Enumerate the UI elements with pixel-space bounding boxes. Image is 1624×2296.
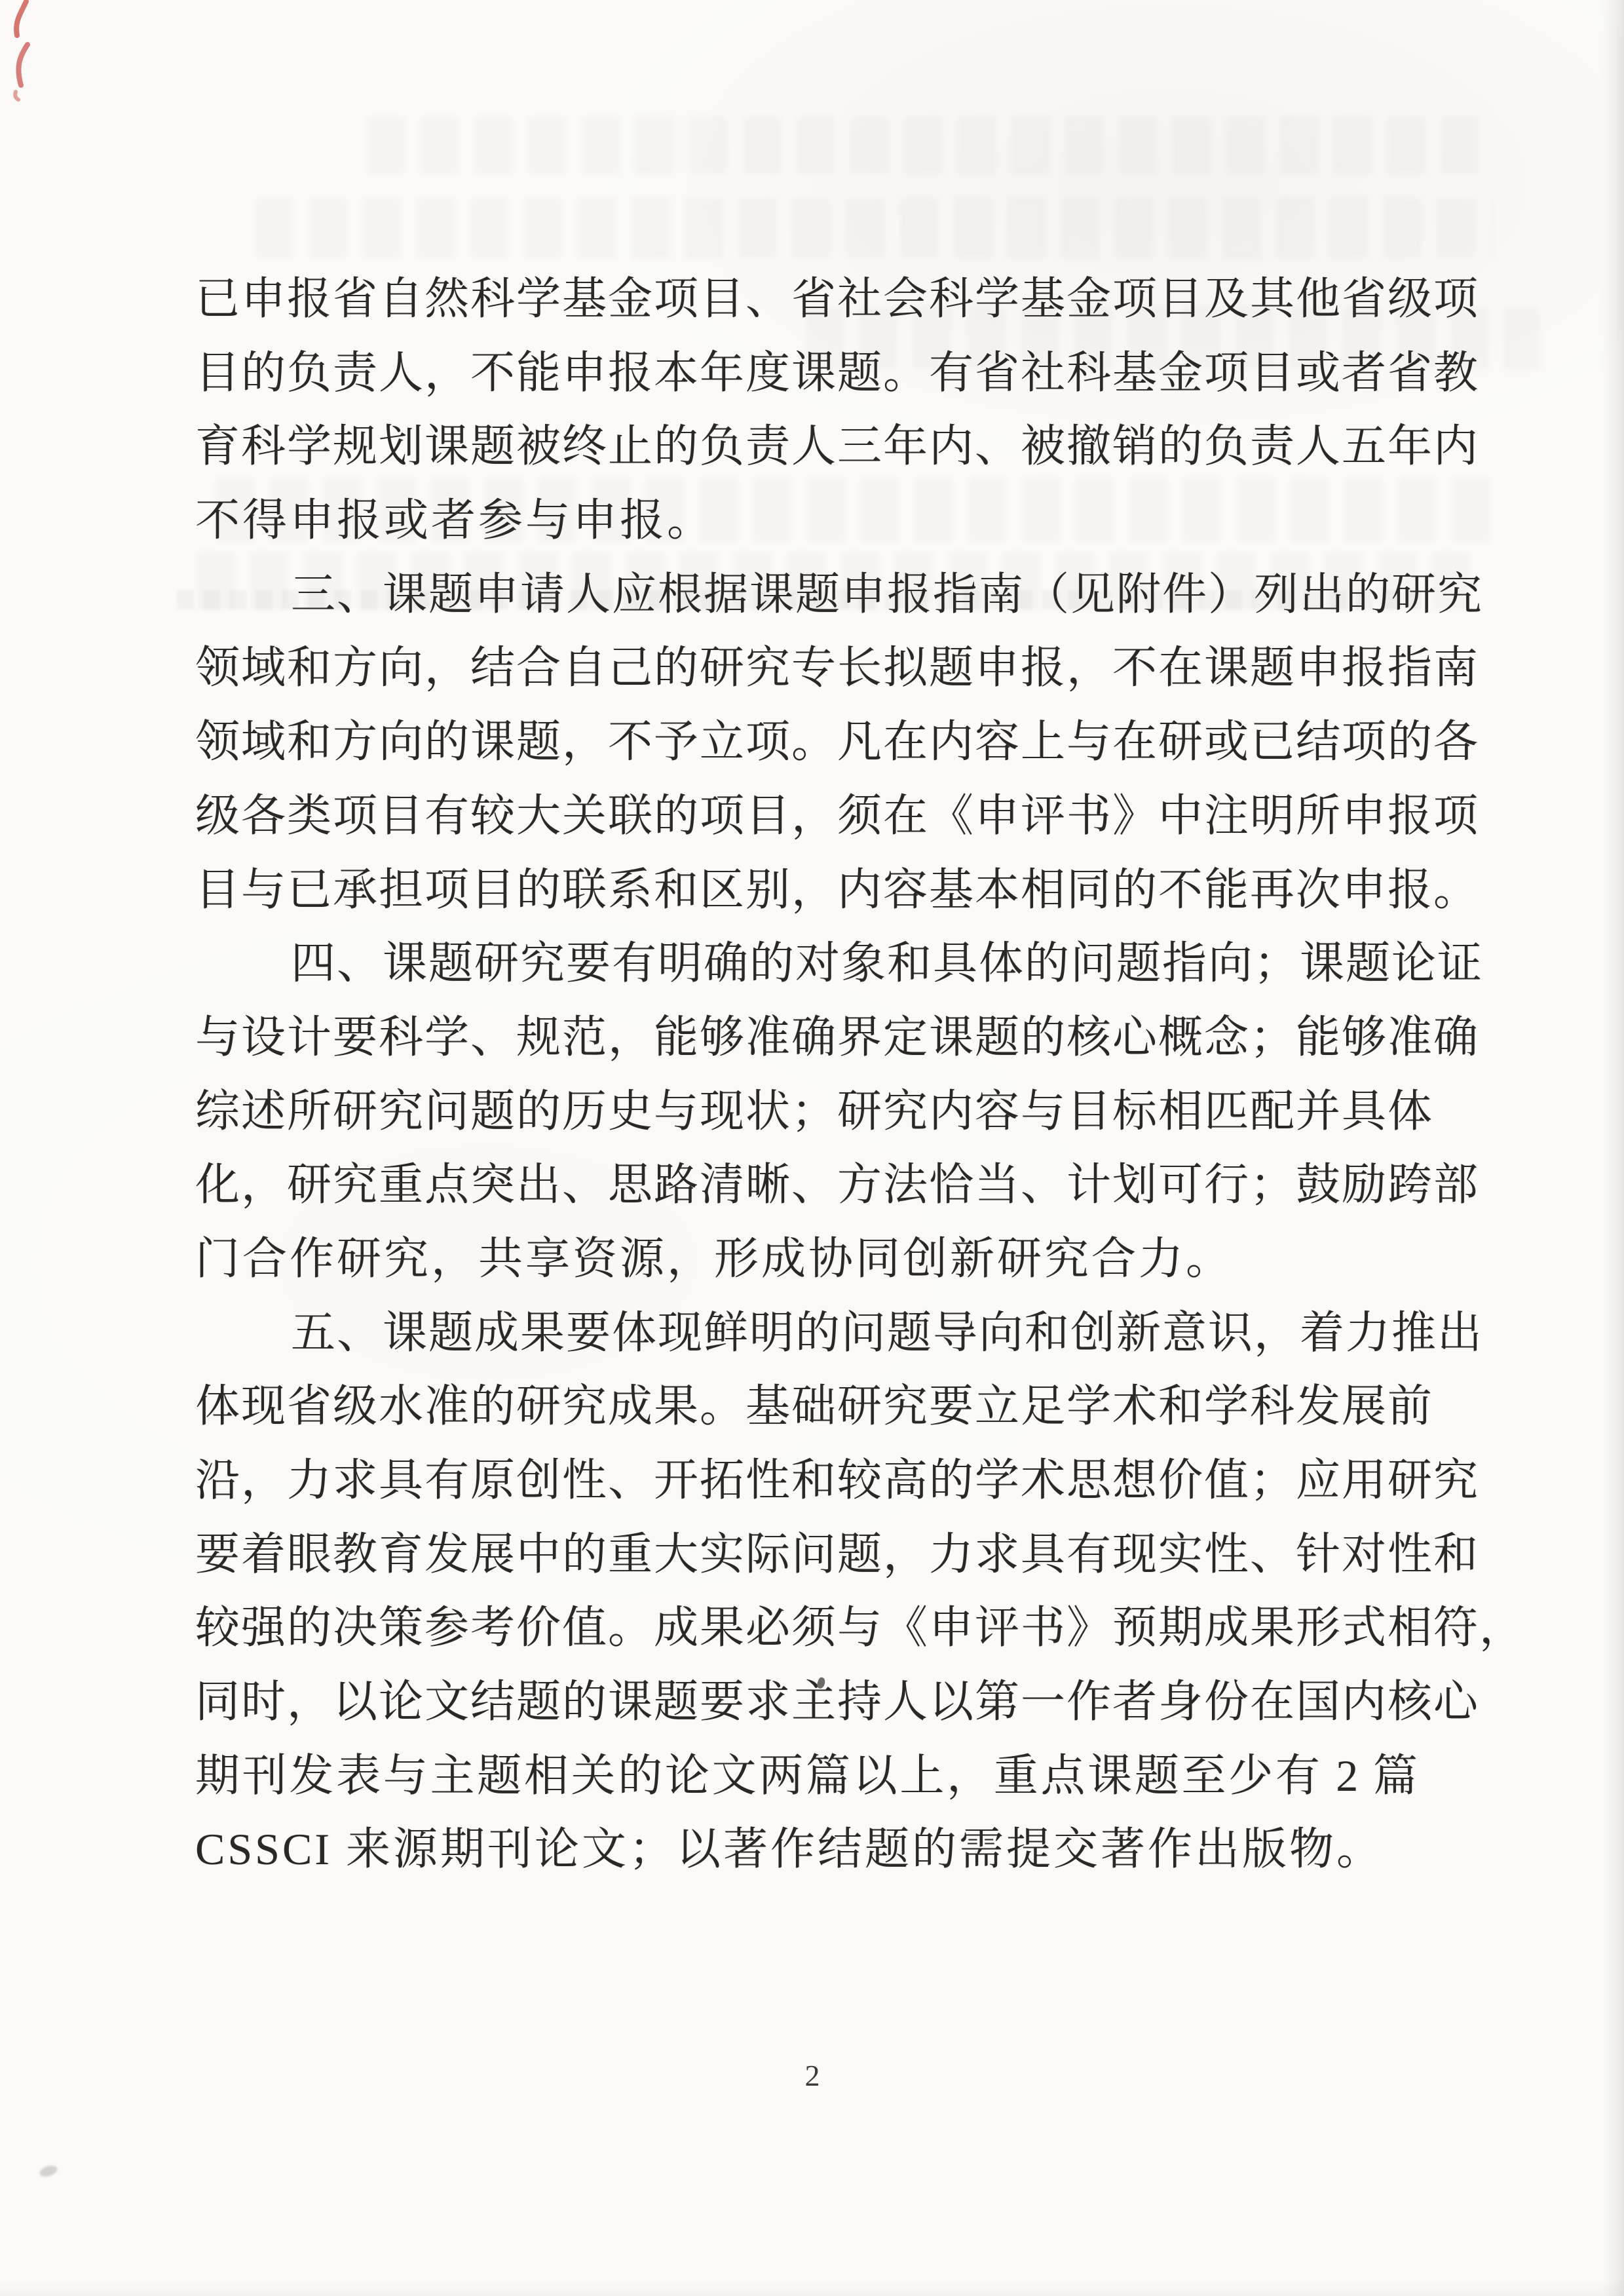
- doc-line: 级各类项目有较大关联的项目，须在《申评书》中注明所申报项: [195, 779, 1419, 853]
- doc-line: 三、课题申请人应根据课题申报指南（见附件）列出的研究: [195, 558, 1419, 632]
- doc-line: 领域和方向的课题，不予立项。凡在内容上与在研或已结项的各: [195, 705, 1419, 779]
- doc-line: 已申报省自然科学基金项目、省社会科学基金项目及其他省级项: [195, 262, 1419, 336]
- doc-line: 育科学规划课题被终止的负责人三年内、被撤销的负责人五年内: [195, 410, 1419, 484]
- doc-line: 较强的决策参考价值。成果必须与《申评书》预期成果形式相符，: [195, 1591, 1419, 1665]
- doc-line: 不得申报或者参与申报。: [195, 484, 1419, 558]
- bleedthrough-band: [255, 198, 1494, 258]
- doc-line: 要着眼教育发展中的重大实际问题，力求具有现实性、针对性和: [195, 1518, 1419, 1592]
- doc-line: 沿，力求具有原创性、开拓性和较高的学术思想价值；应用研究: [195, 1444, 1419, 1518]
- doc-line: 门合作研究，共享资源，形成协同创新研究合力。: [195, 1222, 1419, 1296]
- doc-line: 综述所研究问题的历史与现状；研究内容与目标相匹配并具体: [195, 1075, 1419, 1149]
- scanned-document-page: { "document": { "page_number": "2", "lin…: [0, 0, 1624, 2296]
- page-number: 2: [791, 2056, 833, 2095]
- doc-line: 化，研究重点突出、思路清晰、方法恰当、计划可行；鼓励跨部: [195, 1148, 1419, 1222]
- doc-line: 目的负责人，不能申报本年度课题。有省社科基金项目或者省教: [195, 336, 1419, 410]
- scan-edge-shadow-bottom: [0, 2279, 1624, 2296]
- doc-line: 同时，以论文结题的课题要求主持人以第一作者身份在国内核心: [195, 1665, 1419, 1739]
- doc-line: 目与已承担项目的联系和区别，内容基本相同的不能再次申报。: [195, 853, 1419, 927]
- doc-line: 四、课题研究要有明确的对象和具体的问题指向；课题论证: [195, 927, 1419, 1001]
- bleedthrough-band: [367, 117, 1494, 174]
- smudge-artifact: [38, 2164, 58, 2179]
- doc-line: 与设计要科学、规范，能够准确界定课题的核心概念；能够准确: [195, 1001, 1419, 1075]
- doc-line: 五、课题成果要体现鲜明的问题导向和创新意识，着力推出: [195, 1296, 1419, 1370]
- doc-line: 期刊发表与主题相关的论文两篇以上，重点课题至少有 2 篇: [195, 1739, 1419, 1813]
- doc-line: CSSCI 来源期刊论文；以著作结题的需提交著作出版物。: [195, 1812, 1419, 1886]
- document-text-block: 已申报省自然科学基金项目、省社会科学基金项目及其他省级项 目的负责人，不能申报本…: [195, 262, 1419, 1886]
- scan-edge-shadow-right: [1602, 0, 1624, 2296]
- doc-line: 领域和方向，结合自己的研究专长拟题申报，不在课题申报指南: [195, 631, 1419, 705]
- red-pen-mark: [0, 0, 66, 118]
- doc-line: 体现省级水准的研究成果。基础研究要立足学术和学科发展前: [195, 1369, 1419, 1444]
